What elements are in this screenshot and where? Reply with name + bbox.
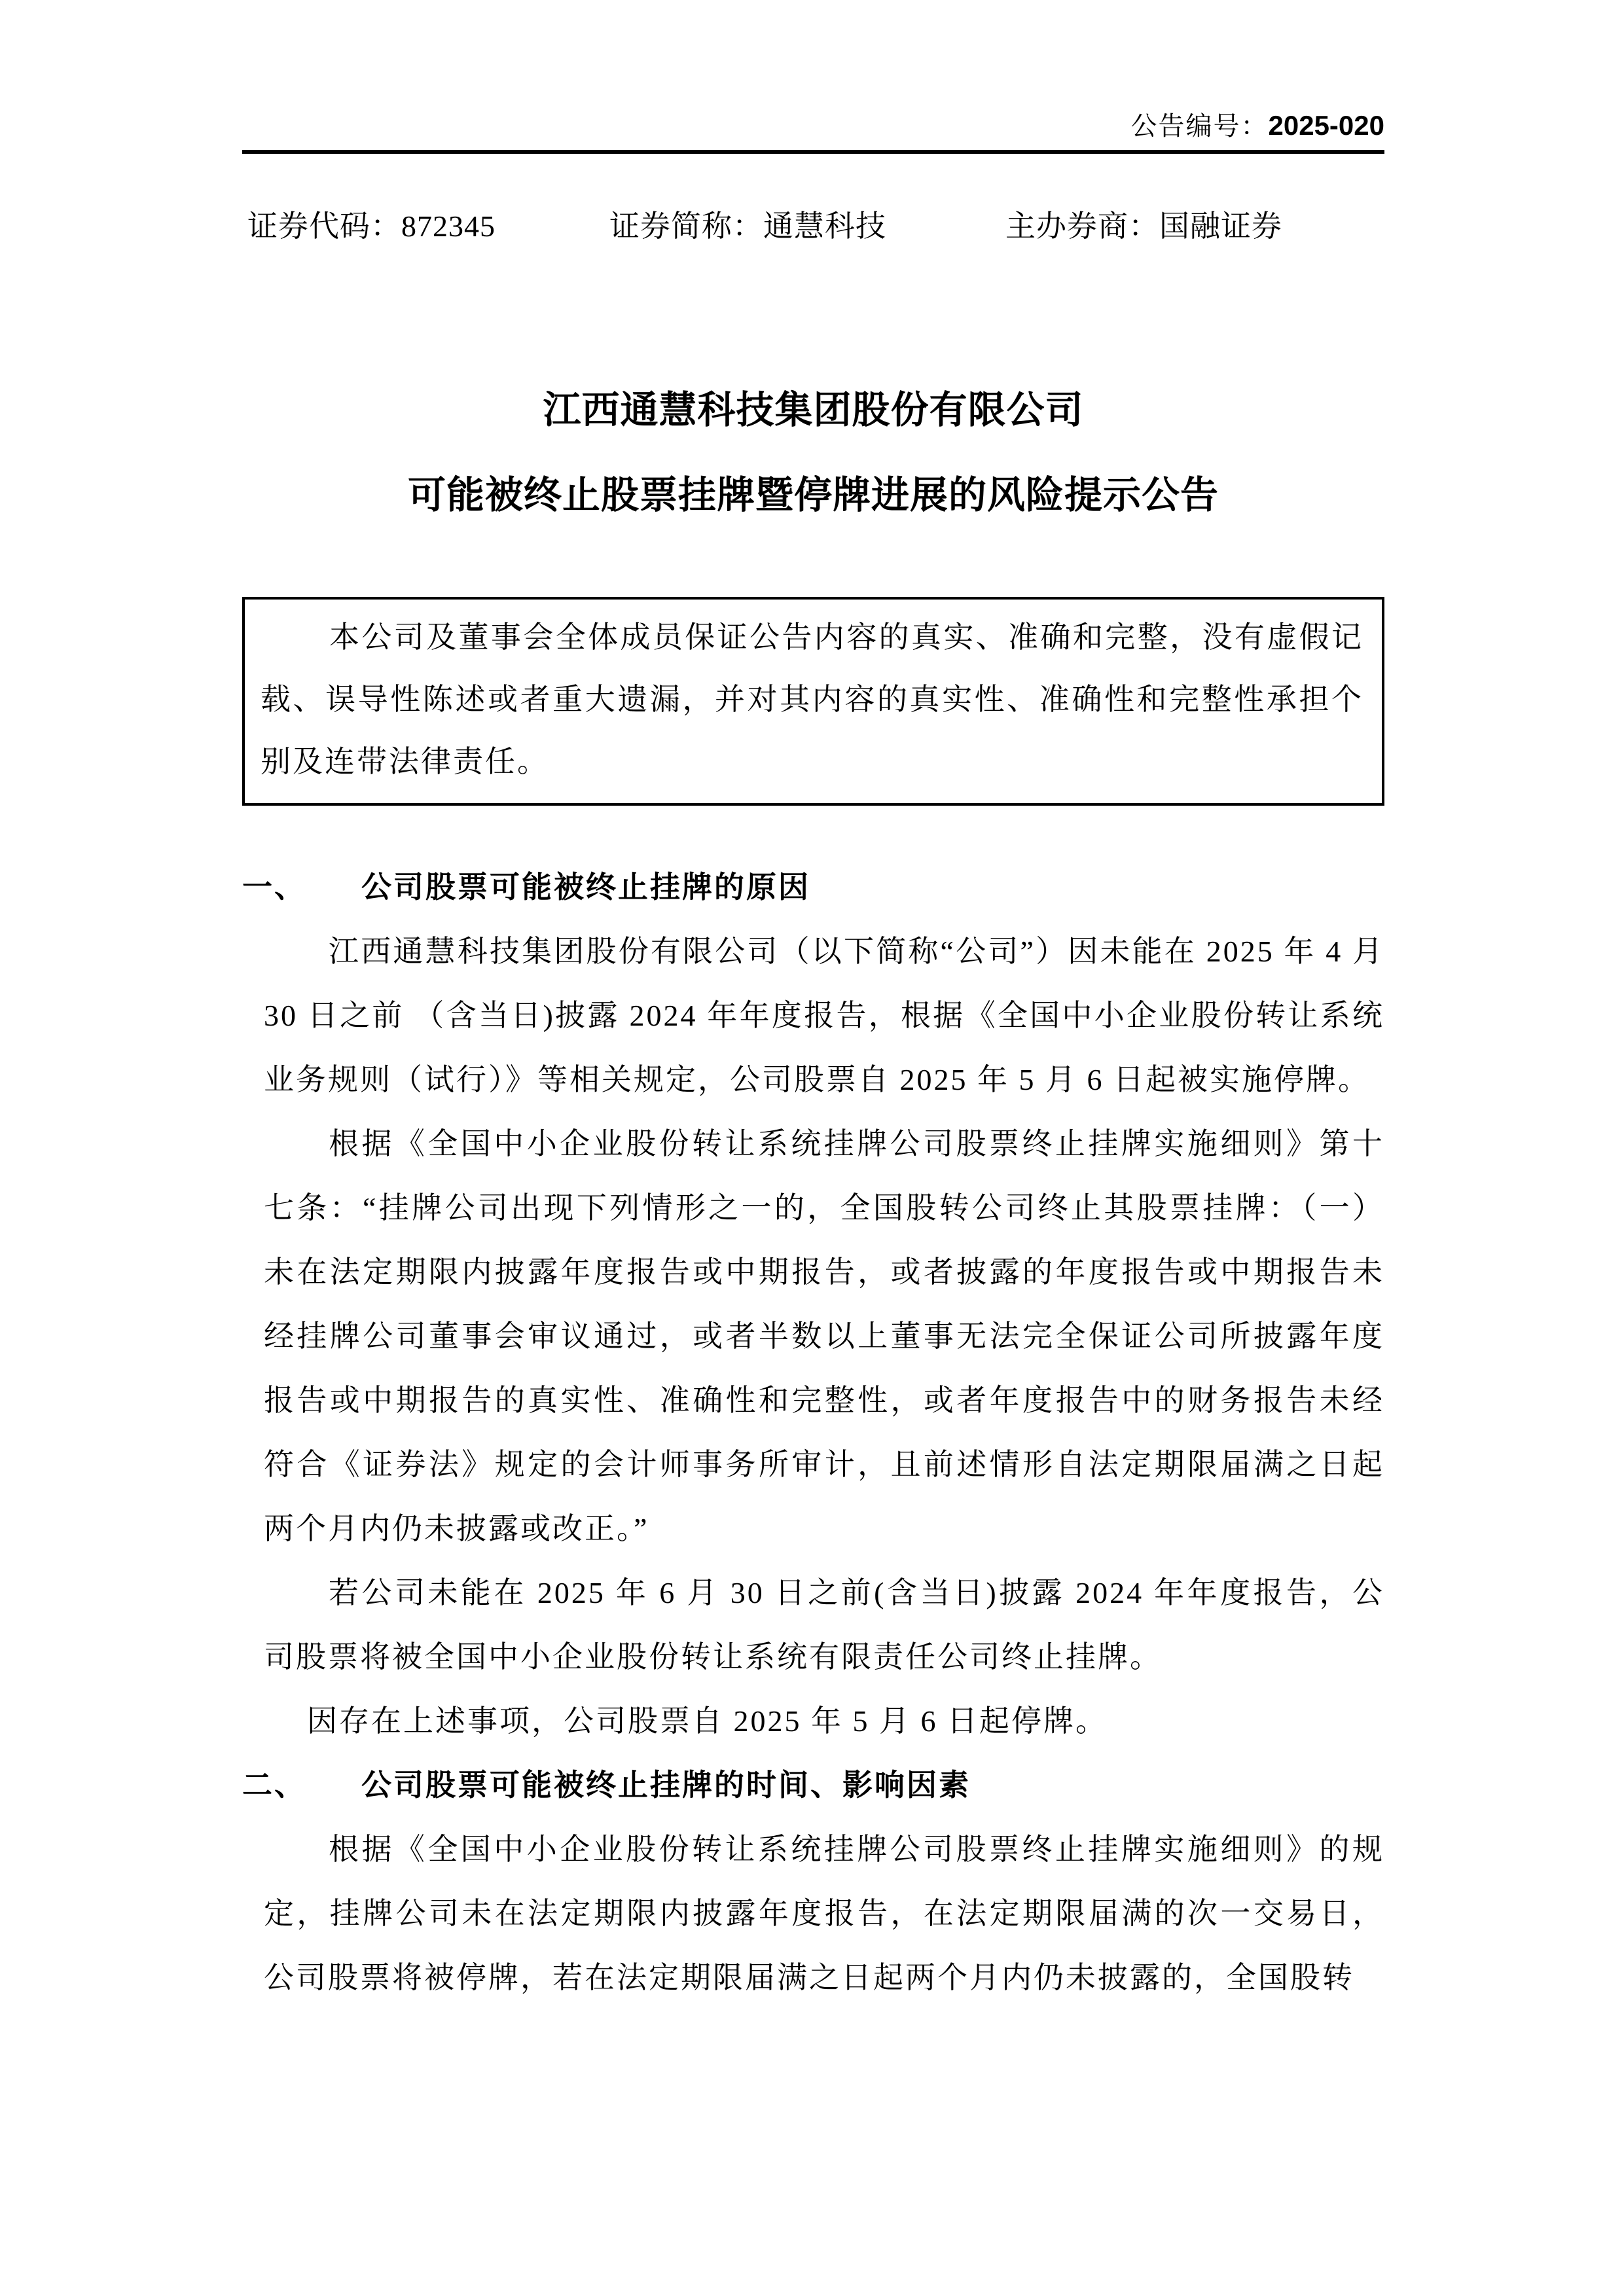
sponsor-broker-value: 国融证券	[1159, 209, 1282, 243]
announcement-title: 可能被终止股票挂牌暨停牌进展的风险提示公告	[242, 475, 1384, 516]
notice-number: 公告编号：2025-020	[242, 0, 1384, 143]
document-body: 一、公司股票可能被终止挂牌的原因 江西通慧科技集团股份有限公司（以下简称“公司”…	[242, 855, 1384, 2010]
header-divider	[242, 150, 1384, 154]
section-2-paragraph-1: 根据《全国中小企业股份转让系统挂牌公司股票终止挂牌实施细则》的规定，挂牌公司未在…	[264, 1818, 1384, 2010]
section-1-heading: 一、公司股票可能被终止挂牌的原因	[242, 855, 1384, 920]
disclaimer-box: 本公司及董事会全体成员保证公告内容的真实、准确和完整，没有虚假记载、误导性陈述或…	[242, 597, 1384, 806]
section-2-heading-text: 公司股票可能被终止挂牌的时间、影响因素	[361, 1768, 971, 1802]
section-1-number: 一、	[242, 870, 306, 904]
notice-number-value: 2025-020	[1269, 110, 1385, 141]
notice-number-label: 公告编号：	[1131, 111, 1269, 141]
sponsor-broker-label: 主办券商：	[1005, 209, 1159, 243]
document-page: 公告编号：2025-020 证券代码：872345 证券简称：通慧科技 主办券商…	[0, 0, 1624, 2296]
securities-code: 证券代码：872345	[247, 194, 496, 259]
securities-code-value: 872345	[401, 209, 496, 243]
securities-info-row: 证券代码：872345 证券简称：通慧科技 主办券商：国融证券	[242, 194, 1384, 259]
sponsor-broker: 主办券商：国融证券	[1005, 194, 1282, 259]
section-2-heading: 二、公司股票可能被终止挂牌的时间、影响因素	[242, 1753, 1384, 1818]
section-1-paragraph-1: 江西通慧科技集团股份有限公司（以下简称“公司”）因未能在 2025 年 4 月 …	[264, 920, 1384, 1112]
section-1-paragraph-4: 因存在上述事项，公司股票自 2025 年 5 月 6 日起停牌。	[264, 1689, 1384, 1753]
securities-abbr: 证券简称：通慧科技	[609, 194, 886, 259]
section-1-paragraph-2: 根据《全国中小企业股份转让系统挂牌公司股票终止挂牌实施细则》第十七条：“挂牌公司…	[264, 1112, 1384, 1561]
securities-abbr-label: 证券简称：	[609, 209, 763, 243]
section-2-number: 二、	[242, 1768, 306, 1802]
disclaimer-text: 本公司及董事会全体成员保证公告内容的真实、准确和完整，没有虚假记载、误导性陈述或…	[261, 606, 1363, 793]
section-1-paragraph-3: 若公司未能在 2025 年 6 月 30 日之前(含当日)披露 2024 年年度…	[264, 1561, 1384, 1689]
securities-abbr-value: 通慧科技	[763, 209, 886, 243]
company-name-title: 江西通慧科技集团股份有限公司	[242, 389, 1384, 431]
securities-code-label: 证券代码：	[247, 209, 401, 243]
section-1-heading-text: 公司股票可能被终止挂牌的原因	[361, 870, 810, 904]
